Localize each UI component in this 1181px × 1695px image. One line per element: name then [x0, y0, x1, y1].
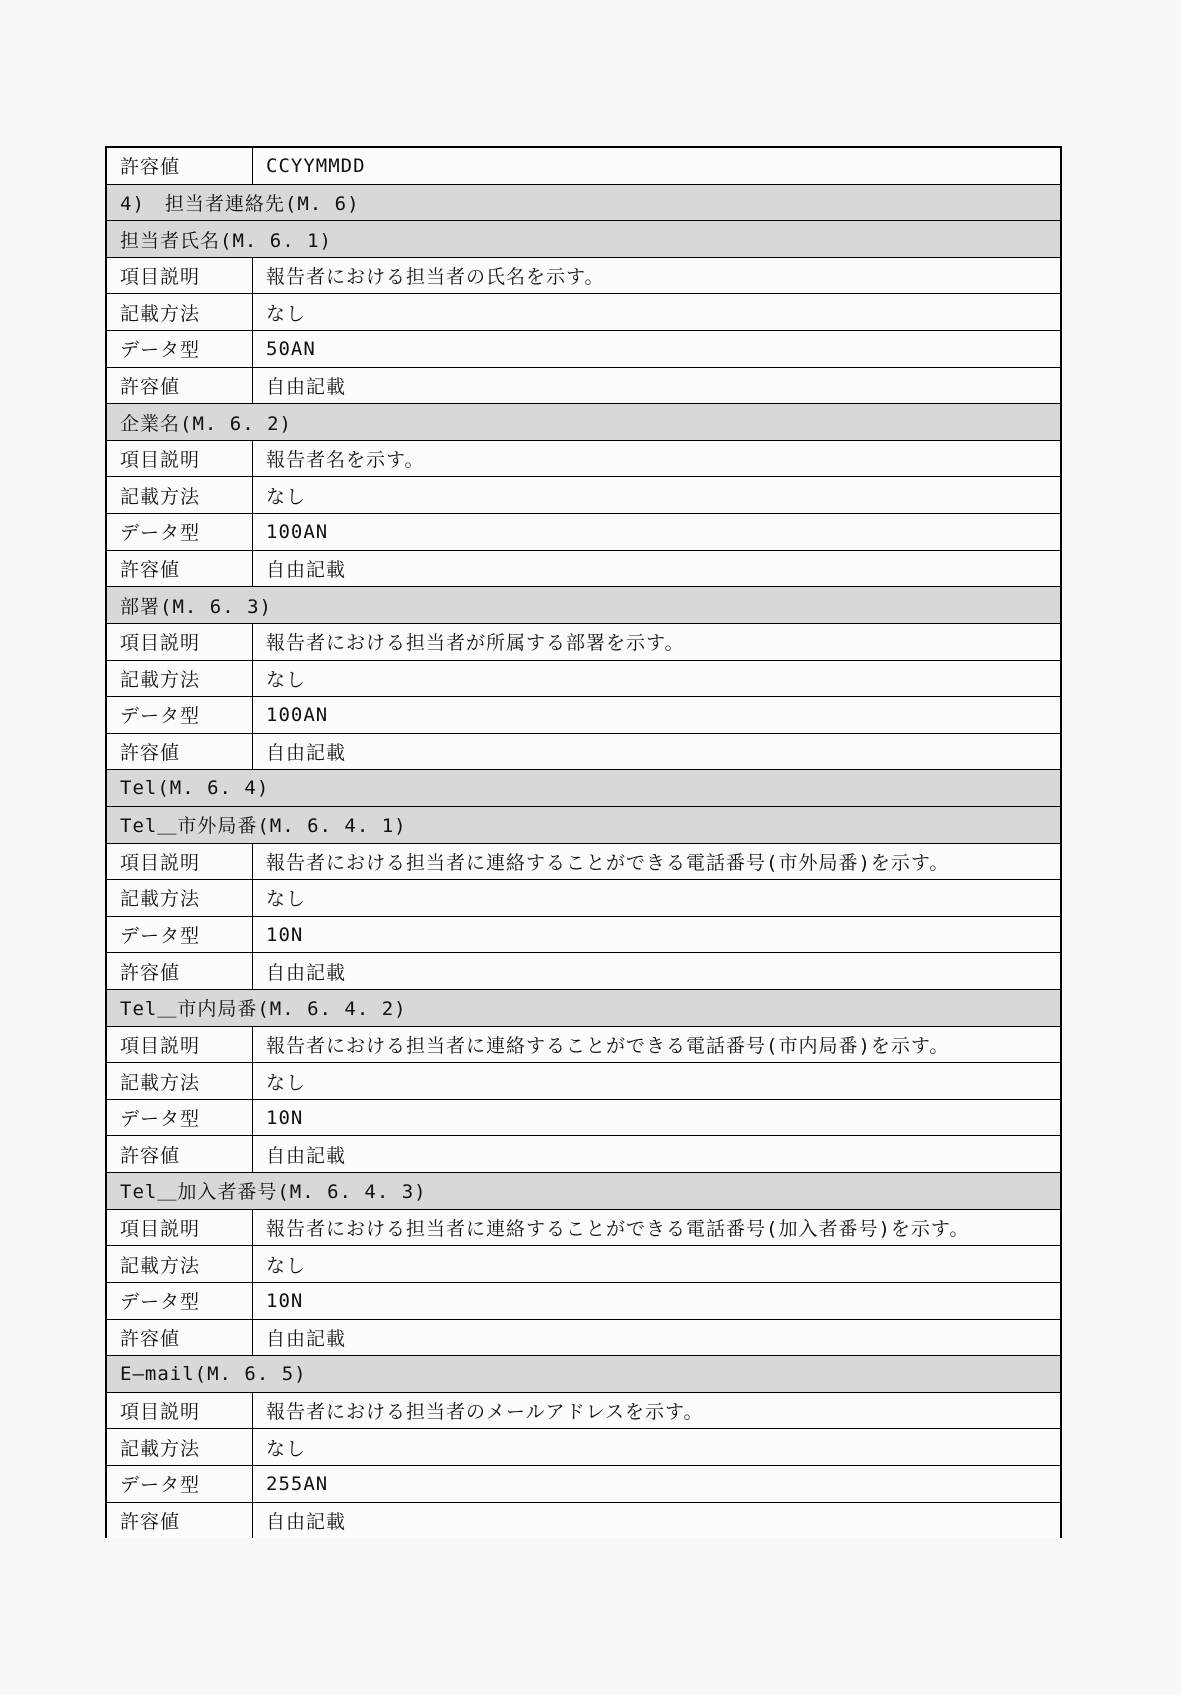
row-value-cell: なし: [253, 1068, 1060, 1095]
row-label-cell: 許容値: [107, 368, 253, 404]
section-header-label: Tel＿加入者番号(M. 6. 4. 3): [120, 1177, 427, 1204]
row-value-cell: なし: [253, 665, 1060, 692]
table-row: 許容値自由記載: [107, 734, 1060, 771]
table-row: 許容値自由記載: [107, 1320, 1060, 1357]
row-label-cell: 記載方法: [107, 1429, 253, 1465]
row-label-cell: 項目説明: [107, 441, 253, 477]
row-value-cell: 100AN: [253, 704, 1060, 726]
section-header-row: Tel＿市内局番(M. 6. 4. 2): [107, 990, 1060, 1027]
row-value-cell: 50AN: [253, 338, 1060, 360]
section-header-label: E—mail(M. 6. 5): [120, 1363, 307, 1385]
table-row: 項目説明報告者名を示す。: [107, 441, 1060, 478]
row-value-cell: 報告者における担当者のメールアドレスを示す。: [253, 1397, 1060, 1424]
table-row: 記載方法なし: [107, 294, 1060, 331]
table-row: データ型50AN: [107, 331, 1060, 368]
row-label-cell: 記載方法: [107, 477, 253, 513]
section-header-label: 部署(M. 6. 3): [120, 592, 272, 619]
row-label-cell: データ型: [107, 917, 253, 953]
section-header-row: Tel＿市外局番(M. 6. 4. 1): [107, 807, 1060, 844]
row-label-cell: データ型: [107, 1283, 253, 1319]
row-value-cell: 報告者における担当者に連絡することができる電話番号(加入者番号)を示す。: [253, 1214, 1060, 1241]
section-header-label: 4) 担当者連絡先(M. 6): [120, 189, 360, 216]
section-header-label: Tel＿市内局番(M. 6. 4. 2): [120, 994, 407, 1021]
section-header-label: Tel(M. 6. 4): [120, 777, 269, 799]
table-row: 項目説明報告者における担当者に連絡することができる電話番号(市内局番)を示す。: [107, 1027, 1060, 1064]
section-header-row: 企業名(M. 6. 2): [107, 404, 1060, 441]
row-value-cell: 自由記載: [253, 958, 1060, 985]
row-value-cell: 自由記載: [253, 555, 1060, 582]
row-label-cell: 許容値: [107, 148, 253, 184]
row-value-cell: 報告者名を示す。: [253, 445, 1060, 472]
spec-definition-table: 許容値CCYYMMDD4) 担当者連絡先(M. 6)担当者氏名(M. 6. 1)…: [105, 146, 1062, 1538]
table-row: データ型10N: [107, 917, 1060, 954]
section-header-row: 4) 担当者連絡先(M. 6): [107, 185, 1060, 222]
row-label-cell: 記載方法: [107, 661, 253, 697]
row-value-cell: 100AN: [253, 521, 1060, 543]
row-value-cell: CCYYMMDD: [253, 155, 1060, 177]
row-value-cell: 報告者における担当者の氏名を示す。: [253, 262, 1060, 289]
table-row: 許容値自由記載: [107, 953, 1060, 990]
table-row: 記載方法なし: [107, 1063, 1060, 1100]
row-label-cell: 記載方法: [107, 1246, 253, 1282]
table-row: 許容値自由記載: [107, 1503, 1060, 1539]
table-row: 記載方法なし: [107, 880, 1060, 917]
row-label-cell: 項目説明: [107, 1027, 253, 1063]
row-value-cell: なし: [253, 884, 1060, 911]
table-row: データ型100AN: [107, 514, 1060, 551]
table-row: 記載方法なし: [107, 477, 1060, 514]
row-label-cell: 許容値: [107, 734, 253, 770]
table-row: データ型10N: [107, 1100, 1060, 1137]
row-label-cell: 許容値: [107, 1320, 253, 1356]
section-header-label: 企業名(M. 6. 2): [120, 409, 292, 436]
row-value-cell: なし: [253, 1434, 1060, 1461]
table-row: データ型100AN: [107, 697, 1060, 734]
table-row: 記載方法なし: [107, 1246, 1060, 1283]
row-value-cell: なし: [253, 1251, 1060, 1278]
row-label-cell: 許容値: [107, 1136, 253, 1172]
row-value-cell: 報告者における担当者が所属する部署を示す。: [253, 628, 1060, 655]
table-row: 許容値自由記載: [107, 368, 1060, 405]
row-label-cell: 項目説明: [107, 1393, 253, 1429]
row-value-cell: 報告者における担当者に連絡することができる電話番号(市内局番)を示す。: [253, 1031, 1060, 1058]
row-value-cell: 10N: [253, 1290, 1060, 1312]
row-label-cell: データ型: [107, 1100, 253, 1136]
row-label-cell: 許容値: [107, 953, 253, 989]
section-header-label: Tel＿市外局番(M. 6. 4. 1): [120, 811, 407, 838]
section-header-label: 担当者氏名(M. 6. 1): [120, 226, 332, 253]
row-label-cell: データ型: [107, 331, 253, 367]
table-row: 項目説明報告者における担当者のメールアドレスを示す。: [107, 1393, 1060, 1430]
row-label-cell: データ型: [107, 514, 253, 550]
table-row: 許容値自由記載: [107, 1136, 1060, 1173]
table-row: 許容値CCYYMMDD: [107, 148, 1060, 185]
table-row: 項目説明報告者における担当者に連絡することができる電話番号(市外局番)を示す。: [107, 844, 1060, 881]
table-row: 許容値自由記載: [107, 551, 1060, 588]
row-label-cell: 記載方法: [107, 1063, 253, 1099]
table-row: 記載方法なし: [107, 1429, 1060, 1466]
row-value-cell: 自由記載: [253, 1324, 1060, 1351]
row-label-cell: 項目説明: [107, 1210, 253, 1246]
row-label-cell: データ型: [107, 1466, 253, 1502]
table-row: データ型10N: [107, 1283, 1060, 1320]
section-header-row: Tel＿加入者番号(M. 6. 4. 3): [107, 1173, 1060, 1210]
section-header-row: Tel(M. 6. 4): [107, 770, 1060, 807]
row-label-cell: 項目説明: [107, 624, 253, 660]
row-value-cell: なし: [253, 482, 1060, 509]
row-value-cell: 自由記載: [253, 738, 1060, 765]
row-value-cell: 自由記載: [253, 372, 1060, 399]
row-value-cell: 自由記載: [253, 1141, 1060, 1168]
row-label-cell: 項目説明: [107, 258, 253, 294]
table-row: 項目説明報告者における担当者が所属する部署を示す。: [107, 624, 1060, 661]
table-row: データ型255AN: [107, 1466, 1060, 1503]
section-header-row: E—mail(M. 6. 5): [107, 1356, 1060, 1393]
row-value-cell: 10N: [253, 924, 1060, 946]
row-value-cell: 報告者における担当者に連絡することができる電話番号(市外局番)を示す。: [253, 848, 1060, 875]
table-row: 項目説明報告者における担当者の氏名を示す。: [107, 258, 1060, 295]
row-label-cell: データ型: [107, 697, 253, 733]
row-label-cell: 記載方法: [107, 294, 253, 330]
row-value-cell: 10N: [253, 1107, 1060, 1129]
section-header-row: 担当者氏名(M. 6. 1): [107, 221, 1060, 258]
section-header-row: 部署(M. 6. 3): [107, 587, 1060, 624]
row-label-cell: 項目説明: [107, 844, 253, 880]
row-value-cell: 255AN: [253, 1473, 1060, 1495]
row-label-cell: 許容値: [107, 1503, 253, 1539]
row-value-cell: 自由記載: [253, 1507, 1060, 1534]
table-row: 記載方法なし: [107, 661, 1060, 698]
row-value-cell: なし: [253, 299, 1060, 326]
table-row: 項目説明報告者における担当者に連絡することができる電話番号(加入者番号)を示す。: [107, 1210, 1060, 1247]
row-label-cell: 記載方法: [107, 880, 253, 916]
row-label-cell: 許容値: [107, 551, 253, 587]
